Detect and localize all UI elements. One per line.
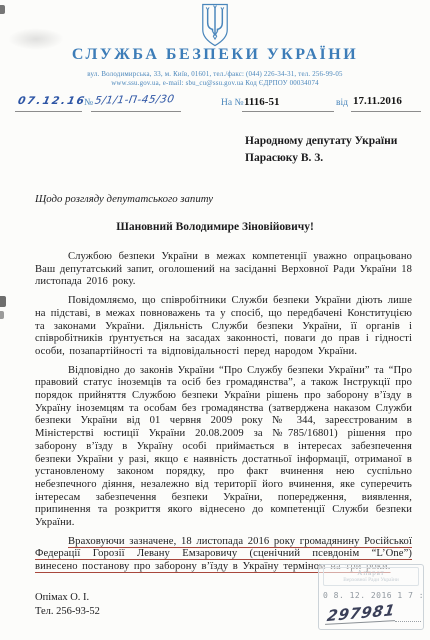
stamp-number-row: 297981 — [323, 604, 419, 626]
document-page: СЛУЖБА БЕЗПЕКИ УКРАЇНИ вул. Володимирськ… — [0, 0, 430, 640]
org-address-line: вул. Володимирська, 33, м. Київ, 01601, … — [0, 71, 430, 78]
executor-phone: Тел. 256-93-52 — [35, 605, 100, 619]
reference-underline — [242, 111, 334, 112]
number-label: № — [84, 98, 93, 108]
addressee-block: Народному депутату України Парасюку В. З… — [245, 133, 397, 167]
incoming-date: 17.11.2016 — [353, 95, 402, 107]
scan-artifact — [0, 296, 6, 307]
stamp-org-line1: Апарат — [326, 569, 416, 577]
reference-underline — [91, 111, 181, 112]
outgoing-date-handwritten: 07.12.16 — [17, 95, 87, 107]
executor-block: Опімах О. І. Тел. 256-93-52 — [35, 591, 100, 619]
executor-name: Опімах О. І. — [35, 591, 100, 605]
outgoing-number-handwritten: 5/1/1-П-45/30 — [94, 93, 175, 106]
stamp-org-box: Апарат Верховної Ради України — [323, 567, 419, 586]
salutation: Шановний Володимире Зіновійовичу! — [0, 221, 430, 233]
scan-artifact — [0, 5, 5, 14]
addressee-title: Народному депутату України — [245, 133, 397, 150]
organization-name: СЛУЖБА БЕЗПЕКИ УКРАЇНИ — [0, 46, 430, 64]
addressee-name: Парасюку В. З. — [245, 150, 397, 167]
org-contacts-line: www.ssu.gov.ua, e-mail: sbu_cu@ssu.gov.u… — [0, 80, 430, 87]
letter-body: Службою безпеки України в межах компетен… — [35, 251, 412, 580]
stamp-number-dotted-line — [395, 621, 421, 622]
scan-artifact — [0, 311, 4, 319]
subject-line: Щодо розгляду депутатського запиту — [35, 193, 213, 205]
body-paragraph-3: Відповідно до законів України “Про Служб… — [35, 365, 412, 530]
incoming-number: 1116-51 — [244, 96, 279, 108]
registration-stamp: Апарат Верховної Ради України 0 8. 12. 2… — [318, 564, 424, 630]
incoming-date-label: від — [336, 98, 348, 108]
stamp-datetime: 0 8. 12. 2016 1 7 : 1 8 — [323, 591, 419, 600]
incoming-number-label: На № — [221, 98, 244, 108]
body-paragraph-1: Службою безпеки України в межах компетен… — [35, 251, 412, 289]
ukraine-trident-emblem-icon — [200, 3, 230, 47]
reference-underline — [15, 111, 82, 112]
reference-underline — [351, 111, 421, 112]
body-paragraph-2: Повідомляємо, що співробітники Служби бе… — [35, 295, 412, 359]
stamp-org-line2: Верховної Ради України — [326, 577, 416, 584]
